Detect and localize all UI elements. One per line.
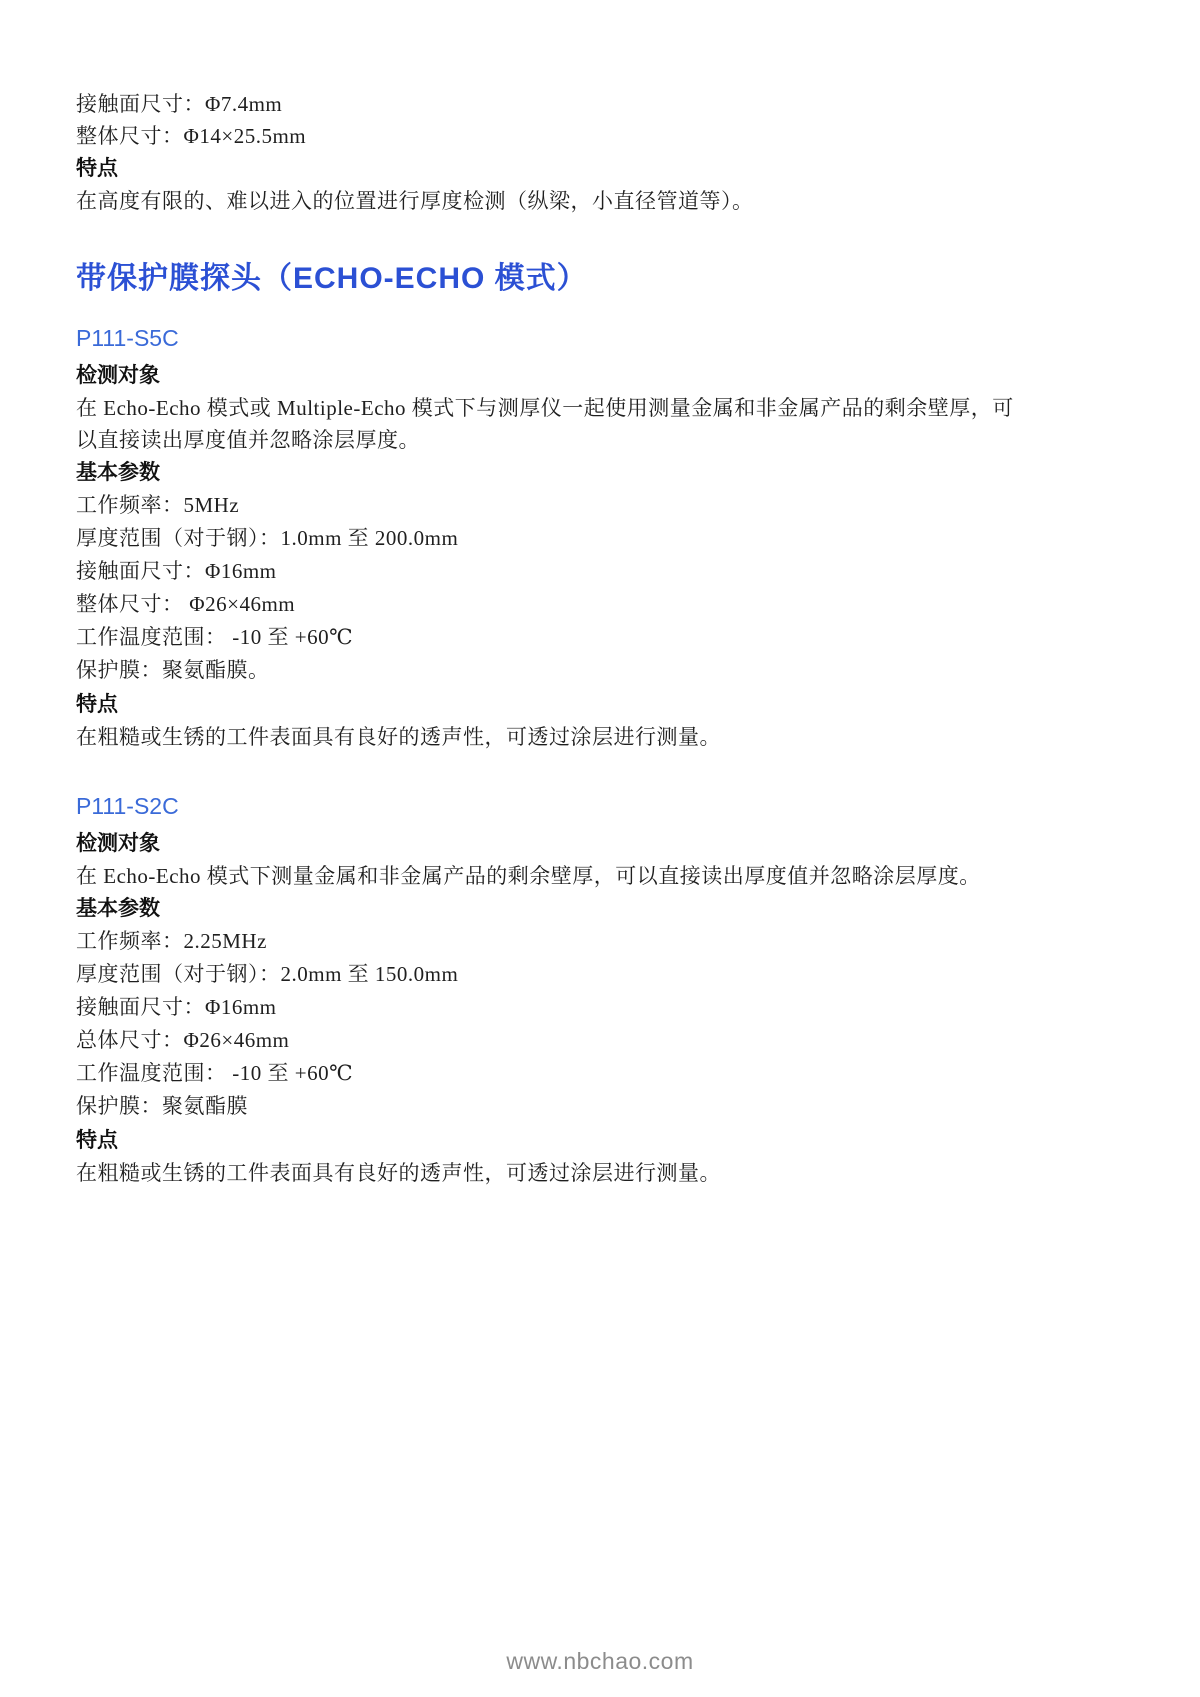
feature-text: 在高度有限的、难以进入的位置进行厚度检测（纵梁，小直径管道等）。	[76, 185, 1110, 217]
param-thickness-range: 厚度范围（对于钢）：1.0mm 至 200.0mm	[76, 522, 1110, 555]
param-protective-film: 保护膜：聚氨酯膜。	[76, 654, 1110, 687]
probe-section-p111-s5c: P111-S5C 检测对象 在 Echo-Echo 模式或 Multiple-E…	[76, 323, 1110, 753]
feature-text: 在粗糙或生锈的工件表面具有良好的透声性，可透过涂层进行测量。	[76, 1157, 1110, 1189]
model-heading: P111-S2C	[76, 791, 1110, 821]
detect-object-text: 在 Echo-Echo 模式或 Multiple-Echo 模式下与测厚仪一起使…	[76, 392, 1110, 456]
detect-object-text: 在 Echo-Echo 模式下测量金属和非金属产品的剩余壁厚，可以直接读出厚度值…	[76, 860, 1110, 892]
param-frequency: 工作频率：5MHz	[76, 489, 1110, 522]
document-content: 接触面尺寸：Φ7.4mm 整体尺寸：Φ14×25.5mm 特点 在高度有限的、难…	[0, 0, 1200, 1189]
feature-label: 特点	[76, 688, 1110, 721]
detect-object-label: 检测对象	[76, 359, 1110, 392]
basic-params-label: 基本参数	[76, 456, 1110, 489]
feature-label: 特点	[76, 152, 1110, 185]
param-frequency: 工作频率：2.25MHz	[76, 925, 1110, 958]
param-overall-size: 整体尺寸： Φ26×46mm	[76, 588, 1110, 621]
param-thickness-range: 厚度范围（对于钢）：2.0mm 至 150.0mm	[76, 958, 1110, 991]
feature-label: 特点	[76, 1124, 1110, 1157]
intro-spec-block: 接触面尺寸：Φ7.4mm 整体尺寸：Φ14×25.5mm 特点 在高度有限的、难…	[76, 88, 1110, 217]
param-overall-size: 总体尺寸：Φ26×46mm	[76, 1024, 1110, 1057]
section-heading: 带保护膜探头（ECHO-ECHO 模式）	[76, 259, 1110, 299]
model-heading: P111-S5C	[76, 323, 1110, 353]
param-temperature-range: 工作温度范围： -10 至 +60℃	[76, 1057, 1110, 1090]
param-temperature-range: 工作温度范围： -10 至 +60℃	[76, 621, 1110, 654]
param-contact-size: 接触面尺寸：Φ16mm	[76, 555, 1110, 588]
footer-site-url: www.nbchao.com	[0, 1648, 1200, 1675]
probe-section-p111-s2c: P111-S2C 检测对象 在 Echo-Echo 模式下测量金属和非金属产品的…	[76, 791, 1110, 1189]
param-protective-film: 保护膜：聚氨酯膜	[76, 1090, 1110, 1123]
feature-text: 在粗糙或生锈的工件表面具有良好的透声性，可透过涂层进行测量。	[76, 721, 1110, 753]
spec-line-contact-size: 接触面尺寸：Φ7.4mm	[76, 88, 1110, 120]
spec-line-overall-size: 整体尺寸：Φ14×25.5mm	[76, 120, 1110, 152]
basic-params-label: 基本参数	[76, 892, 1110, 925]
param-contact-size: 接触面尺寸：Φ16mm	[76, 991, 1110, 1024]
detect-object-label: 检测对象	[76, 827, 1110, 860]
document-page: 接触面尺寸：Φ7.4mm 整体尺寸：Φ14×25.5mm 特点 在高度有限的、难…	[0, 0, 1200, 1697]
